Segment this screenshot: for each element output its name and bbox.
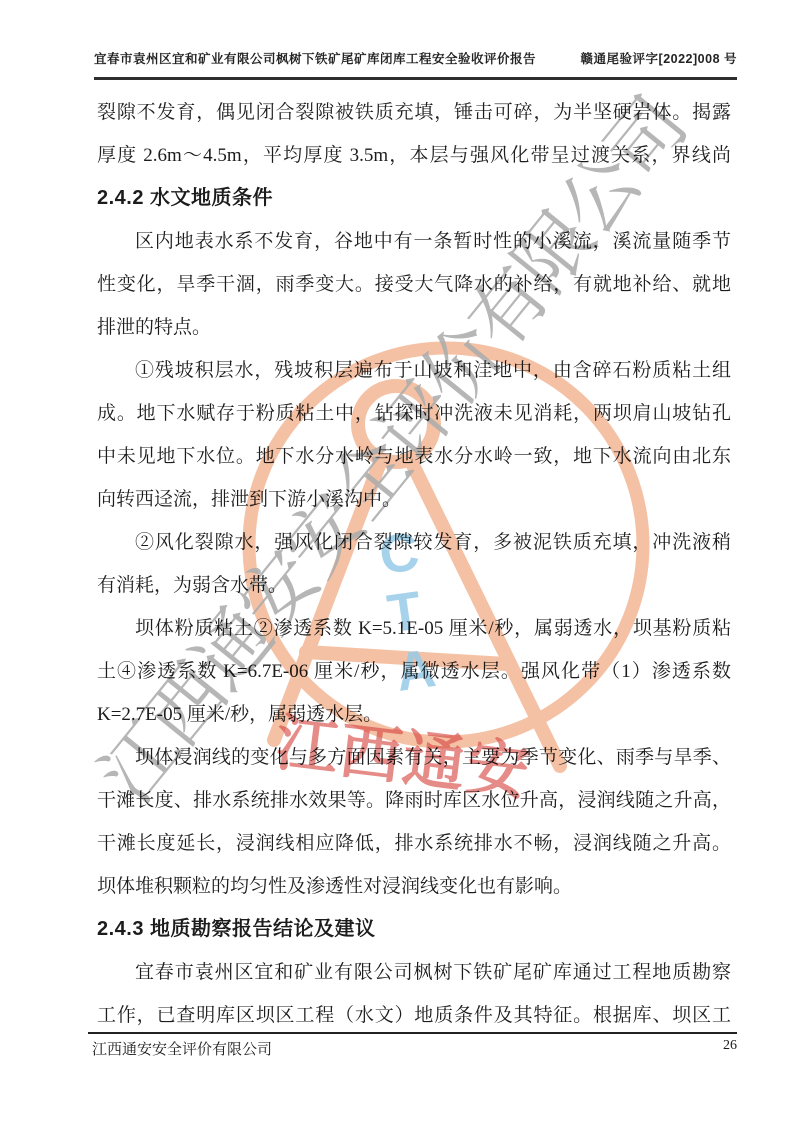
body-line: 有消耗，为弱含水带。 — [97, 564, 731, 607]
body-line: 性变化，旱季干涸，雨季变大。接受大气降水的补给，有就地补给、就地 — [97, 263, 731, 306]
body-line: ②风化裂隙水，强风化闭合裂隙较发育，多被泥铁质充填，冲洗液稍 — [97, 521, 731, 564]
document-page: 江西通安安全评价有限公司 C T A 江西通安 宜春市袁州区宜和矿业有限公司枫树… — [0, 0, 800, 1131]
body-line: 坝体浸润线的变化与多方面因素有关，主要为季节变化、雨季与旱季、 — [97, 736, 731, 779]
header-doc-number: 赣通尾验评字[2022]008 号 — [581, 49, 737, 67]
footer-company: 江西通安安全评价有限公司 — [92, 1038, 272, 1059]
body-line: 坝体粉质粘土②渗透系数 K=5.1E-05 厘米/秒，属弱透水，坝基粉质粘 — [97, 607, 731, 650]
body-line: 工作，已查明库区坝区工程（水文）地质条件及其特征。根据库、坝区工 — [97, 994, 731, 1037]
body-line: 中未见地下水位。地下水分水岭与地表水分水岭一致，地下水流向由北东 — [97, 435, 731, 478]
page-footer: 江西通安安全评价有限公司 26 — [92, 1038, 737, 1059]
body-line: 土④渗透系数 K=6.7E-06 厘米/秒，属微透水层。强风化带（1）渗透系数 — [97, 650, 731, 693]
body-line: 排泄的特点。 — [97, 306, 731, 349]
document-body: 裂隙不发育，偶见闭合裂隙被铁质充填，锤击可碎，为半坚硬岩体。揭露厚度 2.6m～… — [97, 91, 731, 1037]
body-line: 裂隙不发育，偶见闭合裂隙被铁质充填，锤击可碎，为半坚硬岩体。揭露 — [97, 91, 731, 134]
section-heading: 2.4.2 水文地质条件 — [97, 177, 731, 220]
body-line: ①残坡积层水，残坡积层遍布于山坡和洼地中，由含碎石粉质粘土组 — [97, 349, 731, 392]
page-header: 宜春市袁州区宜和矿业有限公司枫树下铁矿尾矿库闭库工程安全验收评价报告 赣通尾验评… — [94, 49, 737, 80]
body-line: K=2.7E-05 厘米/秒，属弱透水层。 — [97, 693, 731, 736]
section-heading: 2.4.3 地质勘察报告结论及建议 — [97, 908, 731, 951]
body-line: 宜春市袁州区宜和矿业有限公司枫树下铁矿尾矿库通过工程地质勘察 — [97, 951, 731, 994]
body-line: 干滩长度、排水系统排水效果等。降雨时库区水位升高，浸润线随之升高， — [97, 779, 731, 822]
body-line: 厚度 2.6m～4.5m，平均厚度 3.5m，本层与强风化带呈过渡关系，界线尚清… — [97, 134, 731, 177]
body-line: 区内地表水系不发育，谷地中有一条暂时性的小溪流，溪流量随季节 — [97, 220, 731, 263]
body-line: 向转西迳流，排泄到下游小溪沟中。 — [97, 478, 731, 521]
body-line: 干滩长度延长，浸润线相应降低，排水系统排水不畅，浸润线随之升高。 — [97, 822, 731, 865]
page-number: 26 — [723, 1038, 737, 1054]
body-line: 成。地下水赋存于粉质粘土中，钻探时冲洗液未见消耗，两坝肩山坡钻孔 — [97, 392, 731, 435]
header-report-title: 宜春市袁州区宜和矿业有限公司枫树下铁矿尾矿库闭库工程安全验收评价报告 — [94, 49, 536, 67]
body-line: 坝体堆积颗粒的均匀性及渗透性对浸润线变化也有影响。 — [97, 865, 731, 908]
